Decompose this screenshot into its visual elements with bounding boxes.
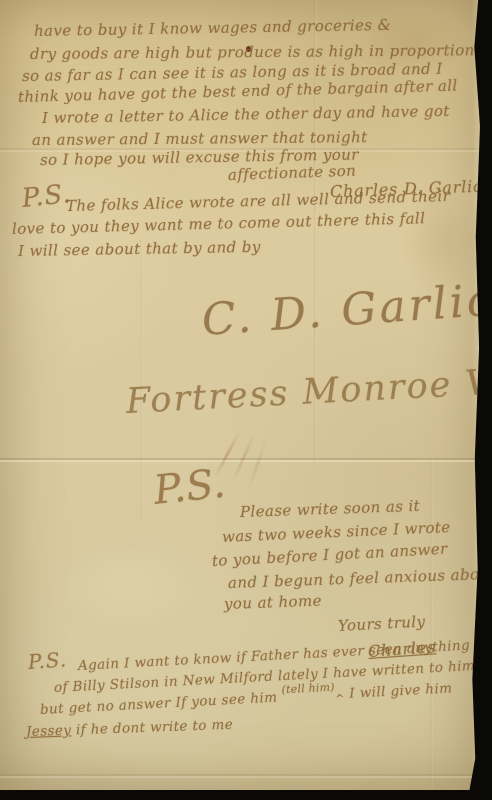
scan-background: have to buy it I know wages and grocerie…: [0, 0, 492, 800]
ps3-insertion: (tell him): [281, 681, 335, 697]
grand-signature: C. D. Garlick: [200, 273, 492, 346]
fold-crease: [430, 458, 433, 788]
ps3-line4-rest: if he dont write to me: [71, 717, 233, 739]
ps2-line: and I begun to feel anxious about: [228, 565, 492, 592]
closing-line: affectionate son: [228, 162, 357, 184]
ps2-closing: Yours truly: [338, 612, 426, 635]
ps3-line3-end: I will give him: [344, 680, 452, 702]
letter-line: have to buy it I know wages and grocerie…: [34, 16, 392, 40]
letter-line: I wrote a letter to Alice the other day …: [42, 102, 450, 127]
ps3-label: P.S.: [27, 647, 68, 674]
fold-crease: [0, 774, 481, 778]
ps3-caret: ^: [335, 692, 345, 705]
ps3-name-underlined: Jessey: [26, 722, 72, 740]
ps2-label: P.S.: [152, 461, 228, 514]
grand-place: Fortress Monroe Va: [125, 362, 492, 422]
ps1-line: I will see about that by and by: [18, 238, 261, 260]
fold-crease: [140, 240, 143, 520]
letter-scan-paper: have to buy it I know wages and grocerie…: [0, 0, 481, 790]
stain: [60, 540, 200, 630]
ps2-line: Please write soon as it: [240, 497, 421, 521]
ink-smudge: [247, 439, 268, 489]
ps3-line: Jessey if he dont write to me: [26, 717, 234, 740]
ps2-line: you at home: [224, 592, 322, 613]
